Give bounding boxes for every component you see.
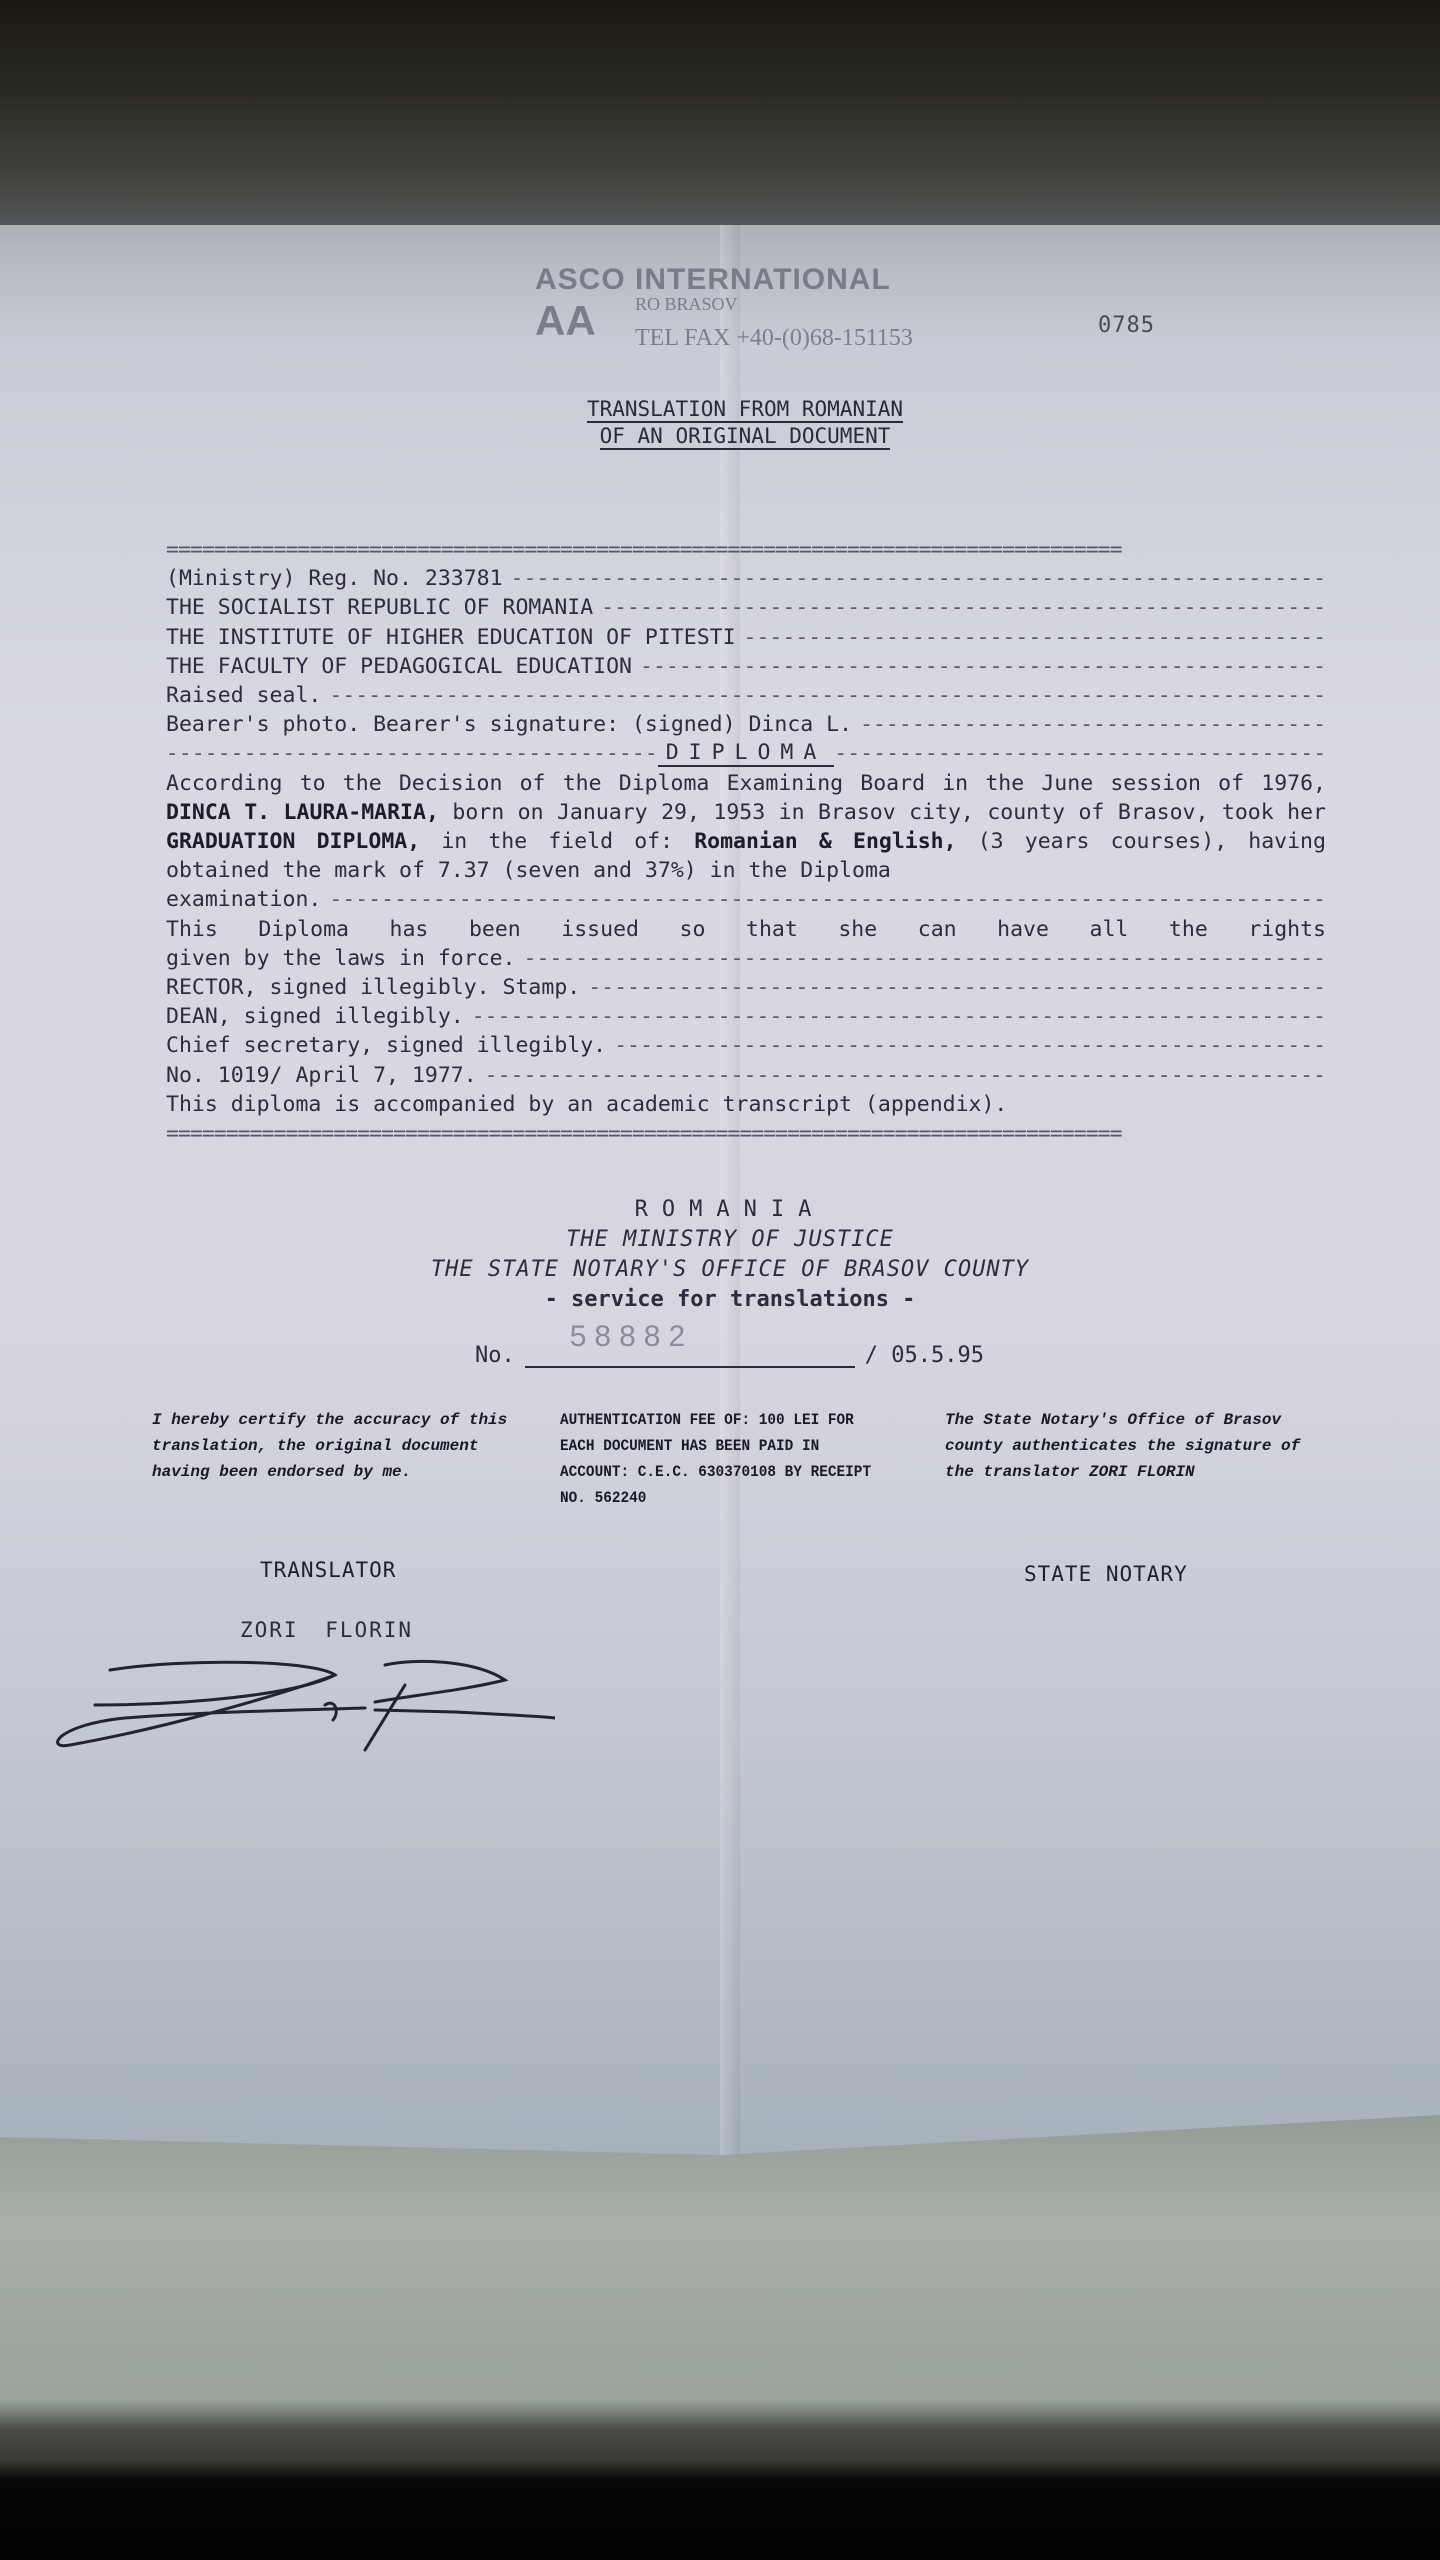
dash-filler <box>329 681 1326 710</box>
top-rule: ========================================… <box>166 535 1326 564</box>
dash-filler <box>329 885 1326 914</box>
desk-surface <box>0 2100 1440 2560</box>
closing-line: No. 1019/ April 7, 1977. <box>166 1061 1326 1090</box>
document-number: 0785 <box>1098 313 1155 338</box>
institute-line: THE INSTITUTE OF HIGHER EDUCATION OF PIT… <box>166 623 736 652</box>
diploma-heading-row: DIPLOMA <box>166 739 1326 768</box>
faculty-line: THE FACULTY OF PEDAGOGICAL EDUCATION <box>166 652 632 681</box>
paper-fold <box>720 225 740 2155</box>
notary-authentication: The State Notary's Office of Brasov coun… <box>945 1407 1305 1485</box>
header-line: Bearer's photo. Bearer's signature: (sig… <box>166 710 1326 739</box>
closing-line: given by the laws in force. <box>166 944 1326 973</box>
notary-registration: No. 58882 / 05.5.95 <box>475 1338 984 1368</box>
dean-line: DEAN, signed illegibly. <box>166 1002 464 1031</box>
letterhead-company: ASCO INTERNATIONAL <box>535 265 915 295</box>
notary-header: ROMANIA THE MINISTRY OF JUSTICE THE STAT… <box>330 1195 1130 1315</box>
reg-number-line: (Ministry) Reg. No. 233781 <box>166 564 503 593</box>
dash-filler <box>511 564 1326 593</box>
closing-line: DEAN, signed illegibly. <box>166 1002 1326 1031</box>
header-line: THE INSTITUTE OF HIGHER EDUCATION OF PIT… <box>166 623 1326 652</box>
translator-signature-icon <box>35 1650 555 1760</box>
letterhead-phone: TEL FAX +40-(0)68-151153 <box>635 325 913 352</box>
dash-filler <box>614 1031 1326 1060</box>
header-line: (Ministry) Reg. No. 233781 <box>166 564 1326 593</box>
translator-label: TRANSLATOR <box>260 1558 396 1582</box>
rector-line: RECTOR, signed illegibly. Stamp. <box>166 973 580 1002</box>
paragraph-text: in the field of: <box>441 829 673 854</box>
reg-no-label: No. <box>475 1343 515 1368</box>
seal-line: Raised seal. <box>166 681 321 710</box>
faint-stamp-mark <box>1050 1670 1250 1730</box>
translator-name: ZORI FLORIN <box>240 1618 413 1642</box>
diploma-type: GRADUATION DIPLOMA, <box>166 829 420 854</box>
translator-certification: I hereby certify the accuracy of this tr… <box>152 1407 512 1485</box>
closing-line: RECTOR, signed illegibly. Stamp. <box>166 973 1326 1002</box>
graduate-name: DINCA T. LAURA-MARIA, <box>166 800 439 825</box>
secretary-line: Chief secretary, signed illegibly. <box>166 1031 606 1060</box>
translation-body: ========================================… <box>166 535 1326 1148</box>
notary-service: - service for translations - <box>330 1285 1130 1315</box>
title-line-1: TRANSLATION FROM ROMANIAN <box>587 397 903 423</box>
reg-number-field: 58882 <box>525 1338 855 1368</box>
republic-line: THE SOCIALIST REPUBLIC OF ROMANIA <box>166 593 593 622</box>
field-of-study: Romanian & English, <box>694 829 956 854</box>
dash-filler <box>834 739 1326 768</box>
diploma-number-line: No. 1019/ April 7, 1977. <box>166 1061 477 1090</box>
title-line-2: OF AN ORIGINAL DOCUMENT <box>600 424 891 450</box>
dash-filler <box>524 944 1327 973</box>
authentication-fee: AUTHENTICATION FEE OF: 100 LEI FOR EACH … <box>560 1407 884 1511</box>
notary-ministry: THE MINISTRY OF JUSTICE <box>330 1225 1130 1255</box>
paragraph-text: examination. <box>166 885 321 914</box>
dash-filler <box>744 623 1326 652</box>
closing-line: Chief secretary, signed illegibly. <box>166 1031 1326 1060</box>
reg-date: / 05.5.95 <box>865 1343 984 1368</box>
reg-number-stamp: 58882 <box>570 1320 693 1354</box>
letterhead-address: RO BRASOV <box>635 295 738 313</box>
header-line: Raised seal. <box>166 681 1326 710</box>
asco-logo-icon: AA <box>535 297 596 345</box>
diploma-paragraph: According to the Decision of the Diploma… <box>166 769 1326 886</box>
dash-filler <box>640 652 1326 681</box>
paragraph-text: According to the Decision of the Diploma… <box>166 771 1326 796</box>
appendix-line: This diploma is accompanied by an academ… <box>166 1090 1326 1119</box>
laws-line: given by the laws in force. <box>166 944 516 973</box>
dash-filler <box>166 739 658 768</box>
header-line: THE SOCIALIST REPUBLIC OF ROMANIA <box>166 593 1326 622</box>
rights-line: This Diploma has been issued so that she… <box>166 915 1326 944</box>
bottom-rule: ========================================… <box>166 1119 1326 1148</box>
bearer-line: Bearer's photo. Bearer's signature: (sig… <box>166 710 852 739</box>
document-title: TRANSLATION FROM ROMANIAN OF AN ORIGINAL… <box>520 396 970 450</box>
dash-filler <box>601 593 1326 622</box>
dash-filler <box>588 973 1326 1002</box>
paragraph-text: born on January 29, 1953 in Brasov city,… <box>452 800 1326 825</box>
notary-office: THE STATE NOTARY'S OFFICE OF BRASOV COUN… <box>330 1255 1130 1285</box>
dash-filler <box>860 710 1326 739</box>
diploma-heading: DIPLOMA <box>658 741 835 767</box>
header-line: THE FACULTY OF PEDAGOGICAL EDUCATION <box>166 652 1326 681</box>
notary-country: ROMANIA <box>330 1195 1130 1225</box>
examination-line: examination. <box>166 885 1326 914</box>
state-notary-label: STATE NOTARY <box>1024 1562 1188 1586</box>
dash-filler <box>472 1002 1326 1031</box>
dash-filler <box>485 1061 1326 1090</box>
letterhead-stamp: ASCO INTERNATIONAL AA RO BRASOV TEL FAX … <box>535 265 915 355</box>
